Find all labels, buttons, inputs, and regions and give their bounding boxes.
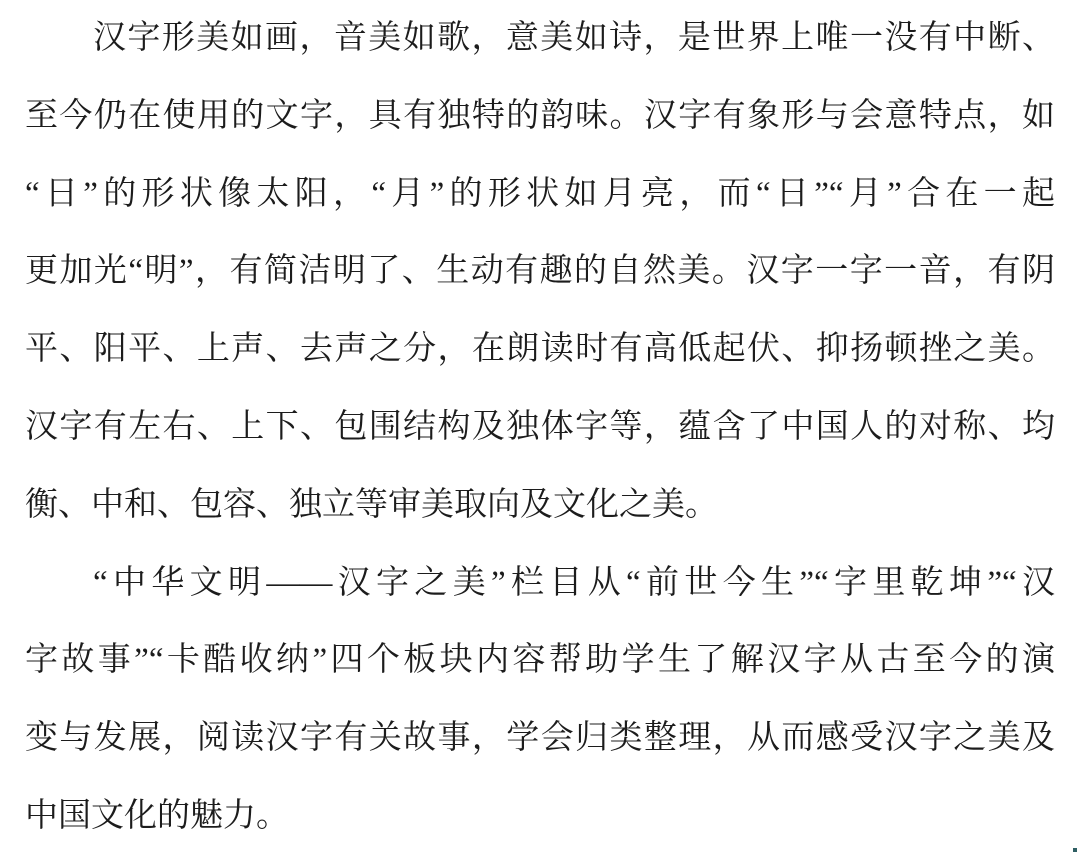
- text-line: 平、阳平、上声、去声之分，在朗读时有高低起伏、抑扬顿挫之美。: [25, 311, 1055, 389]
- text-line: 至今仍在使用的文字，具有独特的韵味。汉字有象形与会意特点，如: [25, 78, 1055, 156]
- paragraph: “中华文明——汉字之美”栏目从“前世今生”“字里乾坤”“汉 字故事”“卡酷收纳”…: [25, 545, 1055, 856]
- corner-speck-artifact: [1073, 848, 1077, 852]
- text-line: 字故事”“卡酷收纳”四个板块内容帮助学生了解汉字从古至今的演: [25, 622, 1055, 700]
- paragraph: 汉字形美如画，音美如歌，意美如诗，是世界上唯一没有中断、 至今仍在使用的文字，具…: [25, 0, 1055, 545]
- text-line: “日”的形状像太阳，“月”的形状如月亮，而“日”“月”合在一起: [25, 156, 1055, 234]
- text-line: 更加光“明”，有简洁明了、生动有趣的自然美。汉字一字一音，有阴: [25, 233, 1055, 311]
- text-line: 汉字形美如画，音美如歌，意美如诗，是世界上唯一没有中断、: [25, 0, 1055, 78]
- text-line: “中华文明——汉字之美”栏目从“前世今生”“字里乾坤”“汉: [25, 545, 1055, 623]
- text-line: 衡、中和、包容、独立等审美取向及文化之美。: [25, 467, 1055, 545]
- text-line: 汉字有左右、上下、包围结构及独体字等，蕴含了中国人的对称、均: [25, 389, 1055, 467]
- document-page: 汉字形美如画，音美如歌，意美如诗，是世界上唯一没有中断、 至今仍在使用的文字，具…: [0, 0, 1080, 856]
- text-line: 变与发展，阅读汉字有关故事，学会归类整理，从而感受汉字之美及: [25, 700, 1055, 778]
- text-line: 中国文化的魅力。: [25, 778, 1055, 856]
